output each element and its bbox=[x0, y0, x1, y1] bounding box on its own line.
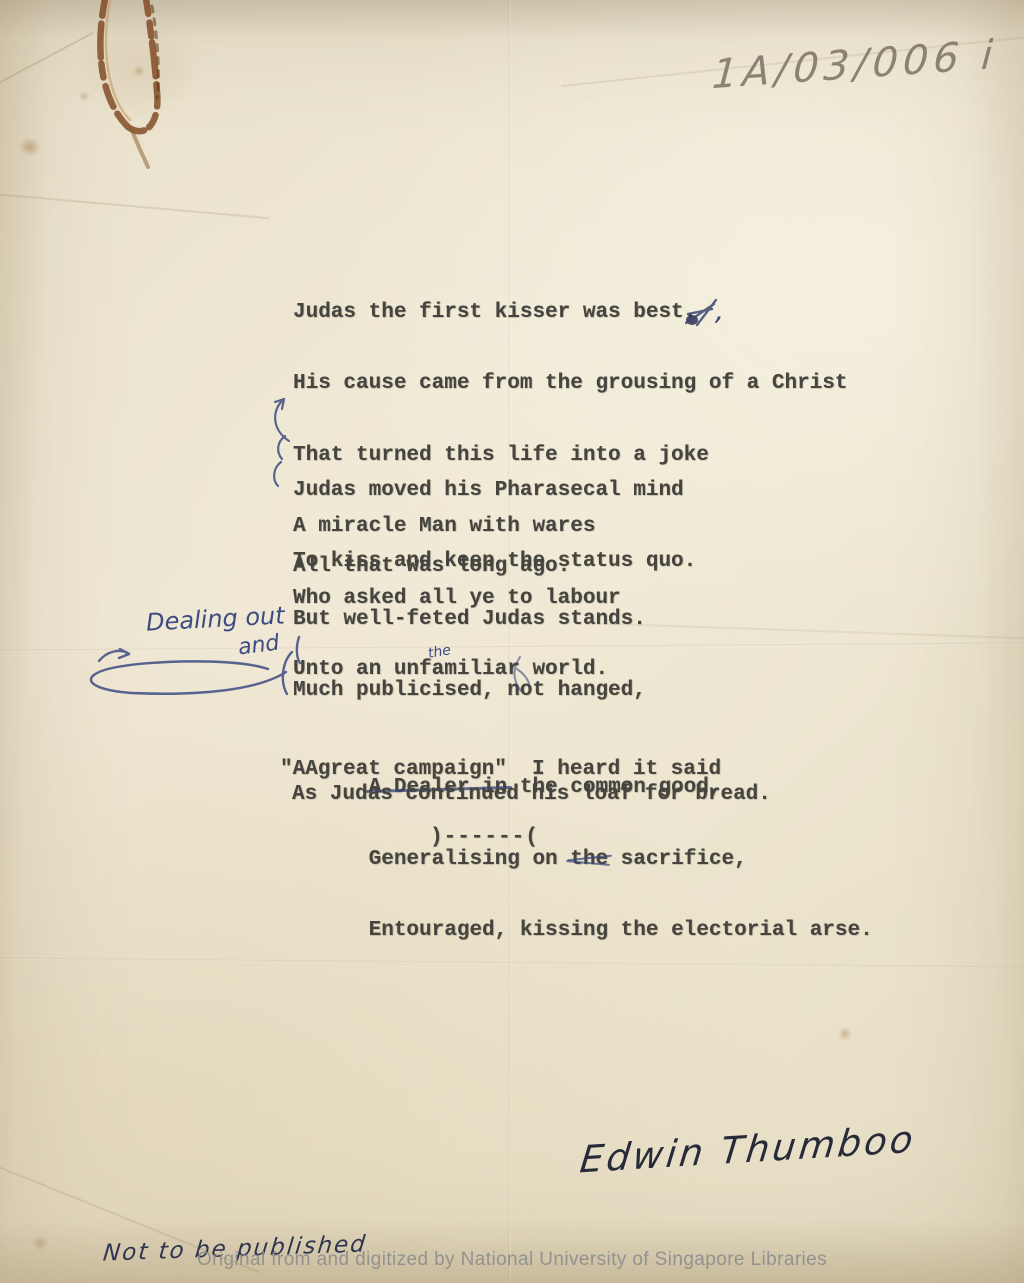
poem-line: Much publicised, not hanged, bbox=[293, 678, 873, 703]
poem-line: His cause came from the grousing of a Ch… bbox=[293, 371, 848, 396]
reference-number: 1A/03/006 i bbox=[711, 32, 999, 98]
paperclip-rust-mark bbox=[100, 0, 158, 167]
poem-line: Entouraged, kissing the electorial arse. bbox=[293, 893, 873, 918]
margin-annotation-and: and bbox=[237, 631, 281, 661]
poem-line: Judas moved his Pharasecal mind bbox=[293, 478, 696, 503]
poem-line: But well-feted Judas stands. bbox=[293, 607, 873, 632]
poem-line-text: Entouraged, bbox=[369, 919, 508, 942]
poem-line: Judas the first kisser was best. bbox=[293, 300, 848, 325]
poem-line-text: kissing the electorial arse. bbox=[507, 919, 872, 942]
crease-line bbox=[0, 193, 270, 219]
poem-line: As Judas continued his loaf for bread. bbox=[292, 782, 771, 807]
author-signature: Edwin Thumboo bbox=[578, 1118, 918, 1182]
library-watermark: Original from and digitized by National … bbox=[0, 1249, 1024, 1271]
divider-mark: )------( bbox=[430, 826, 539, 849]
pen-mark-stanza2-arrow bbox=[274, 399, 289, 486]
crease-line bbox=[0, 32, 93, 90]
scanned-manuscript-page: 1A/03/006 i Judas the first kisser was b… bbox=[0, 0, 1024, 1283]
